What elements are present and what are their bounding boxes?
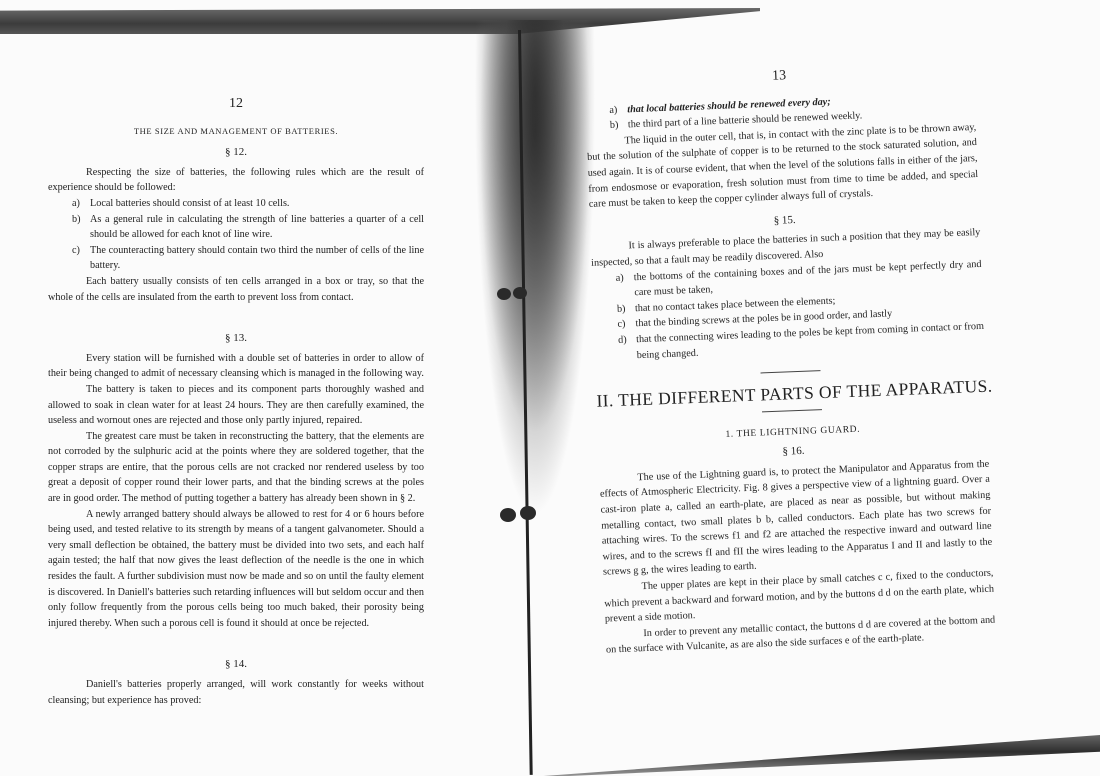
list-item: c)The counteracting battery should conta… [48,243,424,274]
paragraph: The liquid in the outer cell, that is, i… [586,120,979,213]
list-item: b)As a general rule in calculating the s… [48,212,424,243]
paragraph: Daniell's batteries properly arranged, w… [48,677,424,708]
section-title: § 12. [48,145,424,161]
paragraph: Each battery usually consists of ten cel… [48,274,424,305]
binding-hole [520,506,536,520]
left-page: 12 THE SIZE AND MANAGEMENT OF BATTERIES.… [48,96,424,708]
scanned-book-spread: 12 THE SIZE AND MANAGEMENT OF BATTERIES.… [0,0,1100,776]
divider [762,409,822,412]
binding-hole [497,288,511,300]
divider [761,370,821,373]
paragraph: The use of the Lightning guard is, to pr… [599,457,993,581]
section-heading: THE SIZE AND MANAGEMENT OF BATTERIES. [48,124,424,140]
binding-shadow-inner [470,20,600,580]
page-number: 13 [584,61,974,92]
page-number: 12 [48,96,424,112]
section-title: § 14. [48,657,424,673]
paragraph: The battery is taken to pieces and its c… [48,382,424,429]
list-item: a)Local batteries should consist of at l… [48,196,424,212]
section-title: § 13. [48,331,424,347]
paragraph: A newly arranged battery should always b… [48,507,424,632]
binding-hole [513,287,527,299]
paragraph: Every station will be furnished with a d… [48,351,424,382]
page-edge-shadow-top [0,8,760,34]
chapter-heading: II. THE DIFFERENT PARTS OF THE APPARATUS… [596,379,986,410]
paragraph: The greatest care must be taken in recon… [48,429,424,507]
paragraph: Respecting the size of batteries, the fo… [48,165,424,196]
binding-hole [500,508,516,522]
right-page: 13 a)that local batteries should be rene… [584,61,996,659]
